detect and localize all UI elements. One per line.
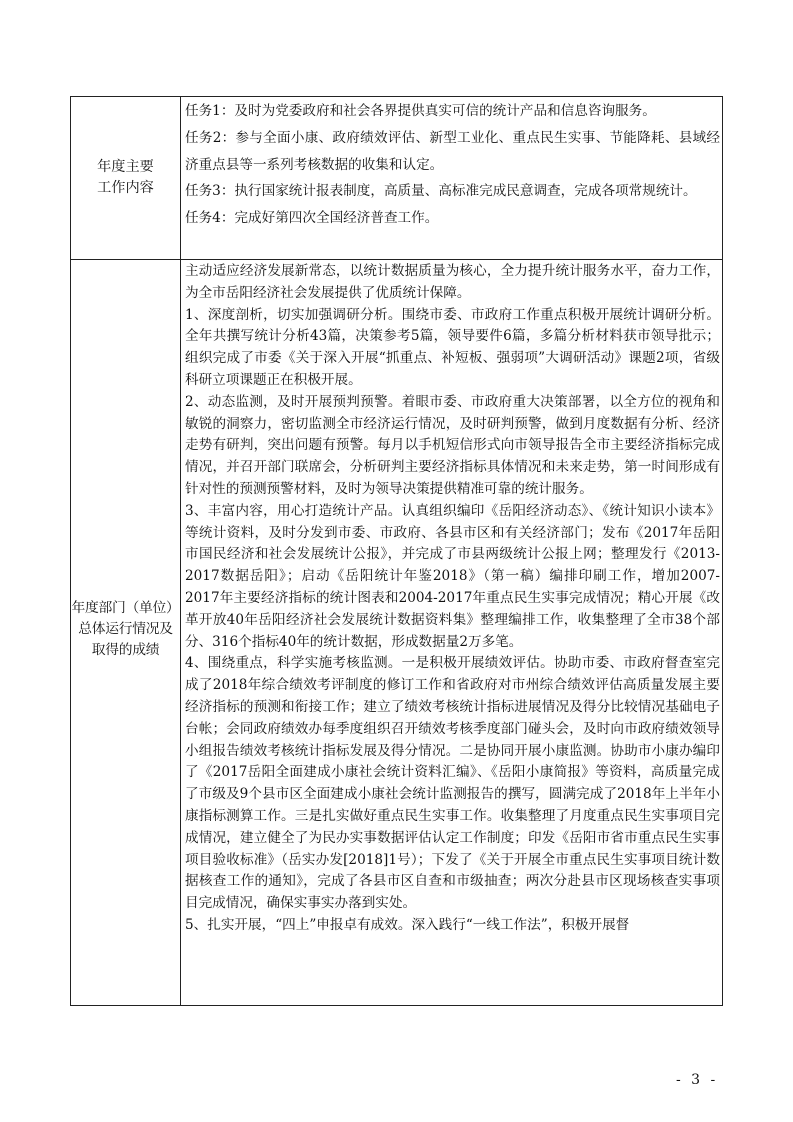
table-row-annual-main-work: 年度主要 工作内容 任务1：及时为党委政府和社会各界提供真实可信的统计产品和信息… xyxy=(71,97,722,260)
label-line: 年度部门（单位） xyxy=(72,598,180,619)
row-label-overall-performance: 年度部门（单位） 总体运行情况及 取得的成绩 xyxy=(71,260,181,1005)
achievement-2: 2、动态监测，及时开展预判预警。着眼市委、市政府重大决策部署，以全方位的视角和敏… xyxy=(185,392,720,501)
task-1: 任务1：及时为党委政府和社会各界提供真实可信的统计产品和信息咨询服务。 xyxy=(185,98,720,125)
row-label-annual-main-work: 年度主要 工作内容 xyxy=(71,97,181,259)
intro-paragraph: 主动适应经济发展新常态，以统计数据质量为核心，全力提升统计服务水平，奋力工作，为… xyxy=(185,261,720,305)
achievement-5: 5、扎实开展，“四上”申报卓有成效。深入践行“一线工作法”，积极开展督 xyxy=(185,915,720,937)
label-line: 取得的成绩 xyxy=(92,640,159,661)
label-line: 年度主要 xyxy=(97,157,154,178)
task-3: 任务3：执行国家统计报表制度，高质量、高标准完成民意调查，完成各项常规统计。 xyxy=(185,178,720,205)
row-content-annual-main-work: 任务1：及时为党委政府和社会各界提供真实可信的统计产品和信息咨询服务。 任务2：… xyxy=(181,97,722,259)
task-4: 任务4：完成好第四次全国经济普查工作。 xyxy=(185,205,720,232)
label-line: 总体运行情况及 xyxy=(78,619,172,640)
table-row-overall-performance: 年度部门（单位） 总体运行情况及 取得的成绩 主动适应经济发展新常态，以统计数据… xyxy=(71,260,722,1005)
label-line: 工作内容 xyxy=(97,178,154,199)
row-content-overall-performance: 主动适应经济发展新常态，以统计数据质量为核心，全力提升统计服务水平，奋力工作，为… xyxy=(181,260,722,1005)
task-2: 任务2：参与全面小康、政府绩效评估、新型工业化、重点民生实事、节能降耗、县域经济… xyxy=(185,125,720,179)
achievement-3: 3、丰富内容，用心打造统计产品。认真组织编印《岳阳经济动态》、《统计知识小读本》… xyxy=(185,501,720,654)
achievement-4: 4、围绕重点，科学实施考核监测。一是积极开展绩效评估。协助市委、市政府督查室完成… xyxy=(185,653,720,915)
page-number: - 3 - xyxy=(676,1072,718,1088)
work-summary-table: 年度主要 工作内容 任务1：及时为党委政府和社会各界提供真实可信的统计产品和信息… xyxy=(70,96,723,1006)
achievement-1: 1、深度剖析，切实加强调研分析。围绕市委、市政府工作重点积极开展统计调研分析。全… xyxy=(185,305,720,392)
